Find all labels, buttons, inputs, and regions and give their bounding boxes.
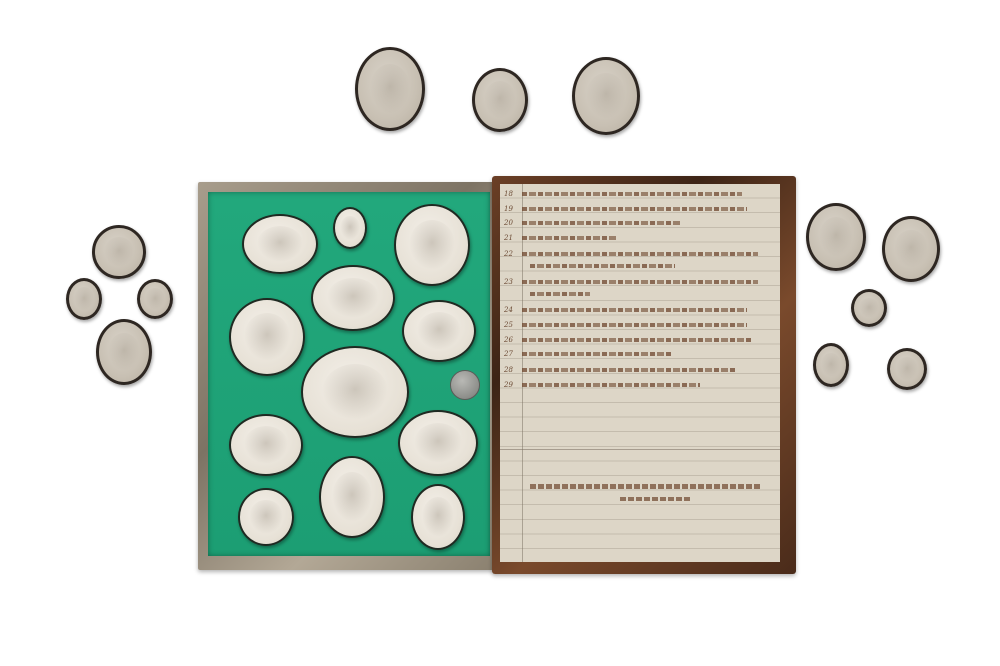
boxed-cameo-5 <box>229 298 305 376</box>
boxed-cameo-7-large <box>301 346 409 438</box>
boxed-cameo-3 <box>394 204 470 286</box>
index-entry: 29 <box>504 381 772 389</box>
index-entry: 23 <box>504 278 772 286</box>
loose-cameo-right-4 <box>813 343 849 387</box>
index-entry: 20 <box>504 219 772 227</box>
index-entry-continued <box>530 290 772 298</box>
boxed-cameo-4 <box>311 265 395 331</box>
footer-note-line-1 <box>530 484 760 489</box>
index-entry: 28 <box>504 366 772 374</box>
index-entry: 24 <box>504 306 772 314</box>
index-entry: 25 <box>504 321 772 329</box>
index-page: 18 19 20 21 22 23 24 25 26 27 28 29 <box>500 184 780 562</box>
box-lid: 18 19 20 21 22 23 24 25 26 27 28 29 <box>492 176 796 574</box>
index-entry: 19 <box>504 205 772 213</box>
boxed-cameo-9 <box>398 410 478 476</box>
coin <box>450 370 480 400</box>
boxed-cameo-8 <box>229 414 303 476</box>
loose-cameo-left-3 <box>137 279 173 319</box>
index-entry: 26 <box>504 336 772 344</box>
loose-cameo-top-2 <box>472 68 528 132</box>
boxed-cameo-6 <box>402 300 476 362</box>
loose-cameo-right-5 <box>887 348 927 390</box>
loose-cameo-right-2 <box>882 216 940 282</box>
loose-cameo-right-1 <box>806 203 866 271</box>
loose-cameo-top-3 <box>572 57 640 135</box>
index-entry: 18 <box>504 190 772 198</box>
index-entry-continued <box>530 262 772 270</box>
boxed-cameo-1 <box>242 214 318 274</box>
index-entry: 21 <box>504 234 772 242</box>
boxed-cameo-12 <box>411 484 465 550</box>
loose-cameo-right-3 <box>851 289 887 327</box>
loose-cameo-left-4 <box>96 319 152 385</box>
footer-note-line-2 <box>620 497 690 501</box>
page-divider <box>500 449 780 450</box>
boxed-cameo-11 <box>238 488 294 546</box>
boxed-cameo-10 <box>319 456 385 538</box>
loose-cameo-left-1 <box>92 225 146 279</box>
boxed-cameo-2 <box>333 207 367 249</box>
loose-cameo-left-2 <box>66 278 102 320</box>
index-entry: 27 <box>504 350 772 358</box>
index-entry: 22 <box>504 250 772 258</box>
loose-cameo-top-1 <box>355 47 425 131</box>
